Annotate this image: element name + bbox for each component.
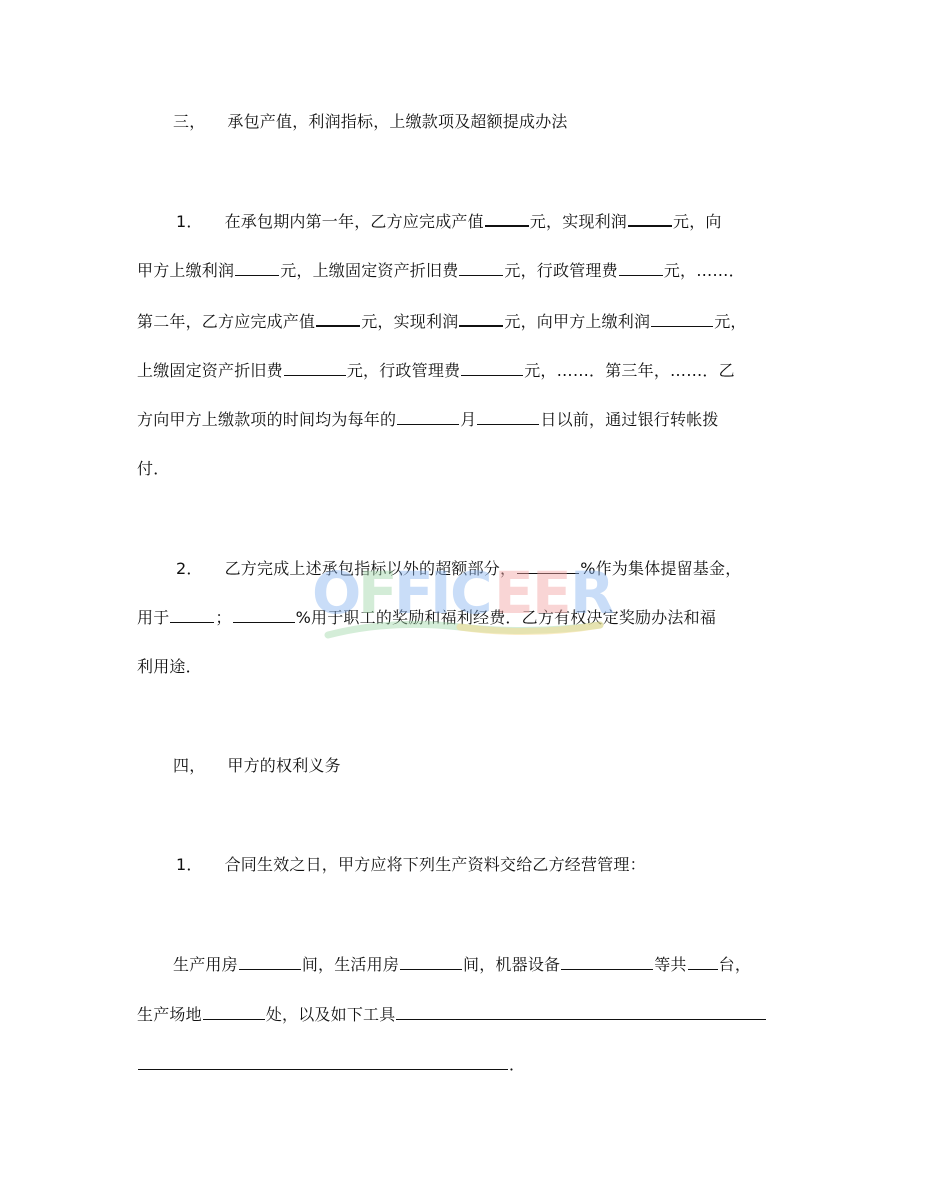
text: 生产用房: [173, 955, 238, 974]
blank-field: [561, 954, 653, 970]
item-number: 1．: [176, 212, 203, 232]
text: 方向甲方上缴款项的时间均为每年的: [137, 410, 396, 429]
paragraph-line: 1．合同生效之日，甲方应将下列生产资料交给乙方经营管理：: [176, 855, 646, 875]
paragraph-line: 生产场地处，以及如下工具: [137, 1004, 767, 1025]
text: 付．: [137, 459, 169, 478]
blank-field: [477, 409, 539, 425]
blank-field: [485, 210, 529, 227]
text: 乙方完成上述承包指标以外的超额部分，: [225, 559, 517, 578]
blank-field: [233, 607, 295, 623]
text: 元，上缴固定资产折旧费: [280, 261, 458, 280]
paragraph-line: 付．: [137, 459, 169, 479]
text: 元，……．第三年，……．乙: [524, 361, 735, 380]
text: 上缴固定资产折旧费: [137, 361, 283, 380]
blank-field: [651, 311, 713, 327]
blank-field: [459, 260, 503, 276]
item-number: 2．: [176, 559, 203, 579]
blank-field: [628, 210, 672, 227]
text: 生产场地: [137, 1005, 202, 1024]
text: 第二年，乙方应完成产值: [137, 312, 315, 331]
text: 元，实现利润: [530, 212, 627, 231]
blank-field: [396, 1004, 766, 1020]
blank-field: [235, 260, 279, 276]
text: 日以前，通过银行转帐拨: [540, 410, 718, 429]
text: 元，行政管理费: [347, 361, 460, 380]
section-heading-3: 三，承包产值，利润指标，上缴款项及超额提成办法: [173, 112, 568, 132]
blank-field: [688, 954, 718, 970]
blank-field: [397, 409, 459, 425]
text: 合同生效之日，甲方应将下列生产资料交给乙方经营管理：: [225, 855, 646, 874]
blank-field: [170, 607, 214, 623]
paragraph-line: 利用途．: [137, 657, 202, 677]
heading-text: 甲方的权利义务: [227, 756, 340, 775]
text: 元，向: [673, 212, 722, 231]
paragraph-line: 1．在承包期内第一年，乙方应完成产值元，实现利润元，向: [176, 210, 722, 232]
text: 元，行政管理费: [504, 261, 617, 280]
text: 月: [460, 410, 476, 429]
paragraph-line: 生产用房间，生活用房间，机器设备等共台，: [173, 954, 751, 975]
blank-field: [517, 558, 579, 574]
text: 甲方上缴利润: [137, 261, 234, 280]
heading-number: 三，: [173, 112, 205, 131]
text: ．: [509, 1055, 525, 1074]
paragraph-line: 甲方上缴利润元，上缴固定资产折旧费元，行政管理费元，……．: [137, 260, 745, 281]
paragraph-line: 第二年，乙方应完成产值元，实现利润元，向甲方上缴利润元，: [137, 310, 747, 332]
heading-text: 承包产值，利润指标，上缴款项及超额提成办法: [227, 112, 567, 131]
blank-field: [459, 310, 503, 327]
text: 处，以及如下工具: [266, 1005, 396, 1024]
blank-field: [239, 954, 301, 970]
text: ；: [215, 608, 231, 627]
blank-field: [400, 954, 462, 970]
text: %用于职工的奖励和福利经费．乙方有权决定奖励办法和福: [296, 608, 716, 627]
text: 元，……．: [664, 261, 745, 280]
text: 元，实现利润: [361, 312, 458, 331]
text: 元，向甲方上缴利润: [504, 312, 650, 331]
text: %作为集体提留基金，: [580, 559, 741, 578]
text: 台，: [719, 955, 751, 974]
section-heading-4: 四，甲方的权利义务: [173, 756, 341, 776]
blank-field: [461, 360, 523, 376]
blank-field: [316, 310, 360, 327]
text: 利用途．: [137, 657, 202, 676]
text: 间，生活用房: [302, 955, 399, 974]
paragraph-line: 上缴固定资产折旧费元，行政管理费元，……．第三年，……．乙: [137, 360, 735, 381]
paragraph-line: ．: [137, 1054, 525, 1075]
item-number: 1．: [176, 855, 203, 875]
paragraph-line: 方向甲方上缴款项的时间均为每年的月日以前，通过银行转帐拨: [137, 409, 719, 430]
text: 在承包期内第一年，乙方应完成产值: [225, 212, 484, 231]
paragraph-line: 2．乙方完成上述承包指标以外的超额部分，%作为集体提留基金，: [176, 558, 741, 579]
text: 用于: [137, 608, 169, 627]
blank-field: [203, 1004, 265, 1020]
document-page: 三，承包产值，利润指标，上缴款项及超额提成办法 1．在承包期内第一年，乙方应完成…: [0, 0, 928, 1200]
paragraph-line: 用于；%用于职工的奖励和福利经费．乙方有权决定奖励办法和福: [137, 607, 716, 628]
blank-field: [138, 1054, 508, 1070]
text: 等共: [654, 955, 686, 974]
heading-number: 四，: [173, 756, 205, 775]
text: 间，机器设备: [463, 955, 560, 974]
blank-field: [284, 360, 346, 376]
blank-field: [619, 260, 663, 276]
text: 元，: [714, 312, 746, 331]
